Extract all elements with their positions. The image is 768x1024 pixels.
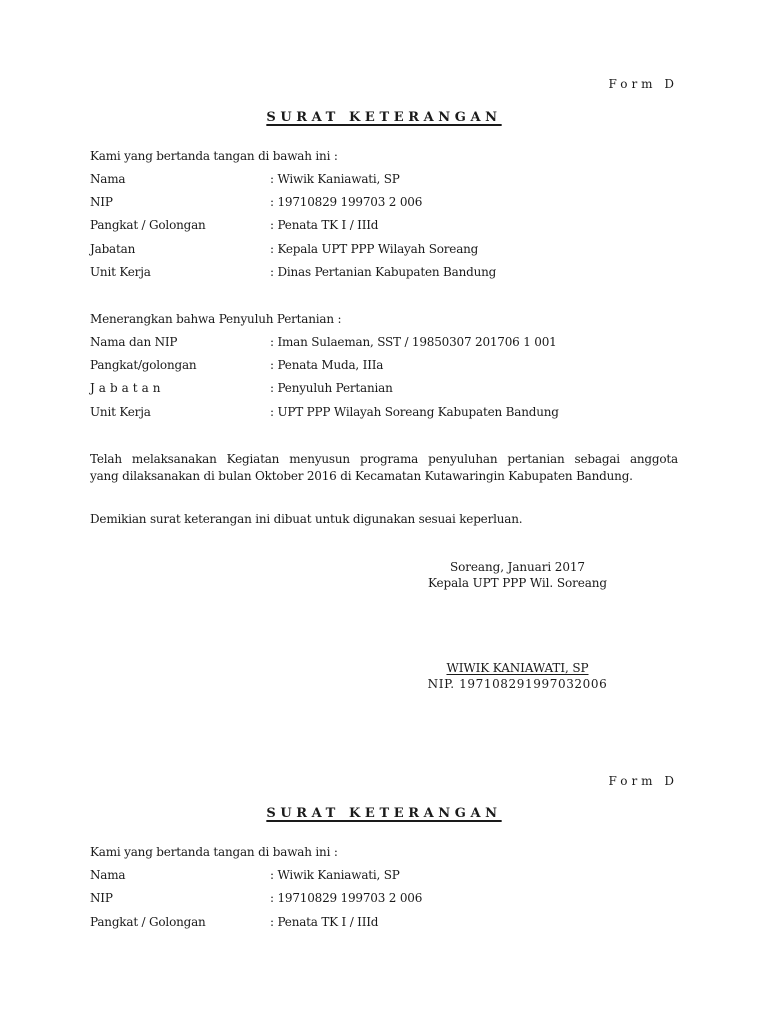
title-text: SURAT KETERANGAN <box>266 110 501 125</box>
field-label: Unit Kerja <box>90 405 270 419</box>
form-label: Form D <box>609 77 678 91</box>
field-value: : Penata TK I / IIId <box>270 915 378 929</box>
signer-field-pangkat: Pangkat / Golongan: Penata TK I / IIId <box>90 915 690 929</box>
field-value: : UPT PPP Wilayah Soreang Kabupaten Band… <box>270 405 559 419</box>
subject-field-unit-kerja: Unit Kerja: UPT PPP Wilayah Soreang Kabu… <box>90 405 690 419</box>
signature-name-block: WIWIK KANIAWATI, SP NIP. 197108291997032… <box>400 660 635 692</box>
signer-position: Kepala UPT PPP Wil. Soreang <box>400 575 635 591</box>
signer-field-nip: NIP: 19710829 199703 2 006 <box>90 195 690 209</box>
field-label: Jabatan <box>90 242 270 256</box>
field-value: : Iman Sulaeman, SST / 19850307 201706 1… <box>270 335 557 349</box>
field-label: Unit Kerja <box>90 265 270 279</box>
field-value: : 19710829 199703 2 006 <box>270 195 422 209</box>
signer-name: WIWIK KANIAWATI, SP <box>446 661 588 675</box>
place-date: Soreang, Januari 2017 <box>400 559 635 575</box>
signature-block: Soreang, Januari 2017 Kepala UPT PPP Wil… <box>400 559 635 591</box>
signer-field-nip: NIP: 19710829 199703 2 006 <box>90 891 690 905</box>
intro-text: Kami yang bertanda tangan di bawah ini : <box>90 845 338 859</box>
field-label: NIP <box>90 195 270 209</box>
field-label: Pangkat/golongan <box>90 358 270 372</box>
subject-intro: Menerangkan bahwa Penyuluh Pertanian : <box>90 312 341 326</box>
document-title: SURAT KETERANGAN <box>0 110 768 125</box>
field-value: : Penata Muda, IIIa <box>270 358 383 372</box>
field-value: : 19710829 199703 2 006 <box>270 891 422 905</box>
field-label: Nama dan NIP <box>90 335 270 349</box>
field-label: Pangkat / Golongan <box>90 915 270 929</box>
intro-text: Kami yang bertanda tangan di bawah ini : <box>90 149 338 163</box>
form-label: Form D <box>609 774 678 788</box>
signer-field-unit-kerja: Unit Kerja: Dinas Pertanian Kabupaten Ba… <box>90 265 690 279</box>
title-text: SURAT KETERANGAN <box>266 806 501 821</box>
subject-field-nama-nip: Nama dan NIP: Iman Sulaeman, SST / 19850… <box>90 335 690 349</box>
body-line-2: yang dilaksanakan di bulan Oktober 2016 … <box>90 469 633 483</box>
document-title: SURAT KETERANGAN <box>0 806 768 821</box>
field-label: Nama <box>90 868 270 882</box>
signer-field-nama: Nama: Wiwik Kaniawati, SP <box>90 868 690 882</box>
field-label: Jabatan <box>90 381 270 395</box>
body-paragraph: Telah melaksanakan Kegiatan menyusun pro… <box>90 451 678 485</box>
signer-field-jabatan: Jabatan: Kepala UPT PPP Wilayah Soreang <box>90 242 690 256</box>
signer-nip: NIP. 197108291997032006 <box>400 676 635 692</box>
field-value: : Wiwik Kaniawati, SP <box>270 868 400 882</box>
field-value: : Penata TK I / IIId <box>270 218 378 232</box>
subject-field-pangkat: Pangkat/golongan: Penata Muda, IIIa <box>90 358 690 372</box>
field-label: Pangkat / Golongan <box>90 218 270 232</box>
body-line-1: Telah melaksanakan Kegiatan menyusun pro… <box>90 451 678 468</box>
signer-field-nama: Nama: Wiwik Kaniawati, SP <box>90 172 690 186</box>
field-label: NIP <box>90 891 270 905</box>
signer-field-pangkat: Pangkat / Golongan: Penata TK I / IIId <box>90 218 690 232</box>
subject-field-jabatan: Jabatan: Penyuluh Pertanian <box>90 381 690 395</box>
field-label: Nama <box>90 172 270 186</box>
field-value: : Kepala UPT PPP Wilayah Soreang <box>270 242 478 256</box>
field-value: : Dinas Pertanian Kabupaten Bandung <box>270 265 496 279</box>
closing-text: Demikian surat keterangan ini dibuat unt… <box>90 512 522 526</box>
field-value: : Wiwik Kaniawati, SP <box>270 172 400 186</box>
field-value: : Penyuluh Pertanian <box>270 381 393 395</box>
